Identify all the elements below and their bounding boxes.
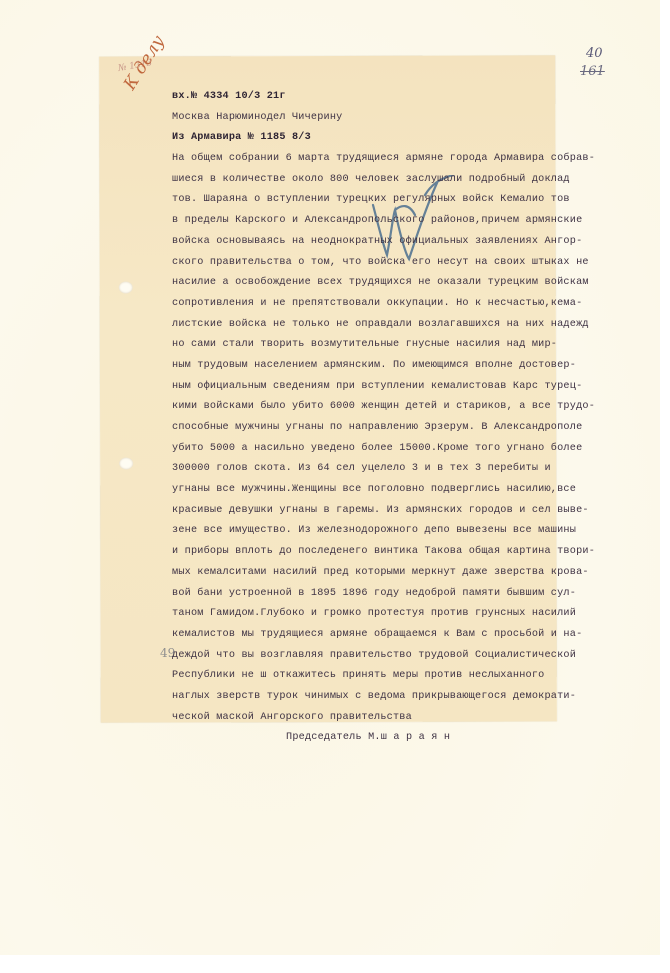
body-line: угнаны все мужчины.Женщины все поголовно… xyxy=(172,480,562,501)
typed-text-block: вх.№ 4334 10/3 21г Москва Нарюминодел Чи… xyxy=(172,87,562,749)
signature-line: Председатель М.ш а р а я н xyxy=(172,728,562,749)
body-line: деждой что вы возглавляя правительство т… xyxy=(172,646,562,667)
body-line: ского правительства о том, что войска ег… xyxy=(172,253,562,274)
page-number-old: 161 xyxy=(580,64,605,79)
body-line: Республики не ш откажитесь принять меры … xyxy=(172,666,562,687)
body-line: ным трудовым населением армянским. По им… xyxy=(172,356,562,377)
body-line: таном Гамидом.Глубоко и громко протестуя… xyxy=(172,604,562,625)
incoming-registration: вх.№ 4334 10/3 21г xyxy=(172,87,562,108)
origin-line: Из Армавира № 1185 8/3 xyxy=(172,128,562,149)
body-line: зене все имущество. Из железнодорожного … xyxy=(172,521,562,542)
addressee-line: Москва Нарюминодел Чичерину xyxy=(172,108,562,129)
body-line: вой бани устроенной в 1895 1896 году нед… xyxy=(172,584,562,605)
body-line: красивые девушки угнаны в гаремы. Из арм… xyxy=(172,501,562,522)
body-line: но сами стали творить возмутительные гну… xyxy=(172,335,562,356)
body-line: насилие а освобождение всех трудящихся н… xyxy=(172,273,562,294)
punch-hole xyxy=(119,282,133,294)
body-line: кими войсками было убито 6000 женщин дет… xyxy=(172,397,562,418)
body-line: кемалистов мы трудящиеся армяне обращаем… xyxy=(172,625,562,646)
body-line: На общем собрании 6 марта трудящиеся арм… xyxy=(172,149,562,170)
body-line: убито 5000 а насильно уведено более 1500… xyxy=(172,439,562,460)
telegram-body: На общем собрании 6 марта трудящиеся арм… xyxy=(172,149,562,728)
body-line: сопротивления и не препятствовали оккупа… xyxy=(172,294,562,315)
body-line: листские войска не только не оправдали в… xyxy=(172,315,562,336)
body-line: шиеся в количестве около 800 человек зас… xyxy=(172,170,562,191)
page-number-current: 40 xyxy=(586,46,603,61)
body-line: наглых зверств турок чинимых с ведома пр… xyxy=(172,687,562,708)
body-line: мых кемалситами насилий пред которыми ме… xyxy=(172,563,562,584)
body-line: ческой маской Ангорского правительства xyxy=(172,708,562,729)
punch-hole xyxy=(119,458,133,470)
body-line: способные мужчины угнаны по направлению … xyxy=(172,418,562,439)
body-line: войска основываясь на неоднократных офиц… xyxy=(172,232,562,253)
body-line: тов. Шараяна о вступлении турецких регул… xyxy=(172,190,562,211)
body-line: в пределы Карского и Александропольского… xyxy=(172,211,562,232)
body-line: 300000 голов скота. Из 64 сел уцелело 3 … xyxy=(172,459,562,480)
body-line: ным официальным сведениям при вступлении… xyxy=(172,377,562,398)
body-line: и приборы вплоть до последенего винтика … xyxy=(172,542,562,563)
